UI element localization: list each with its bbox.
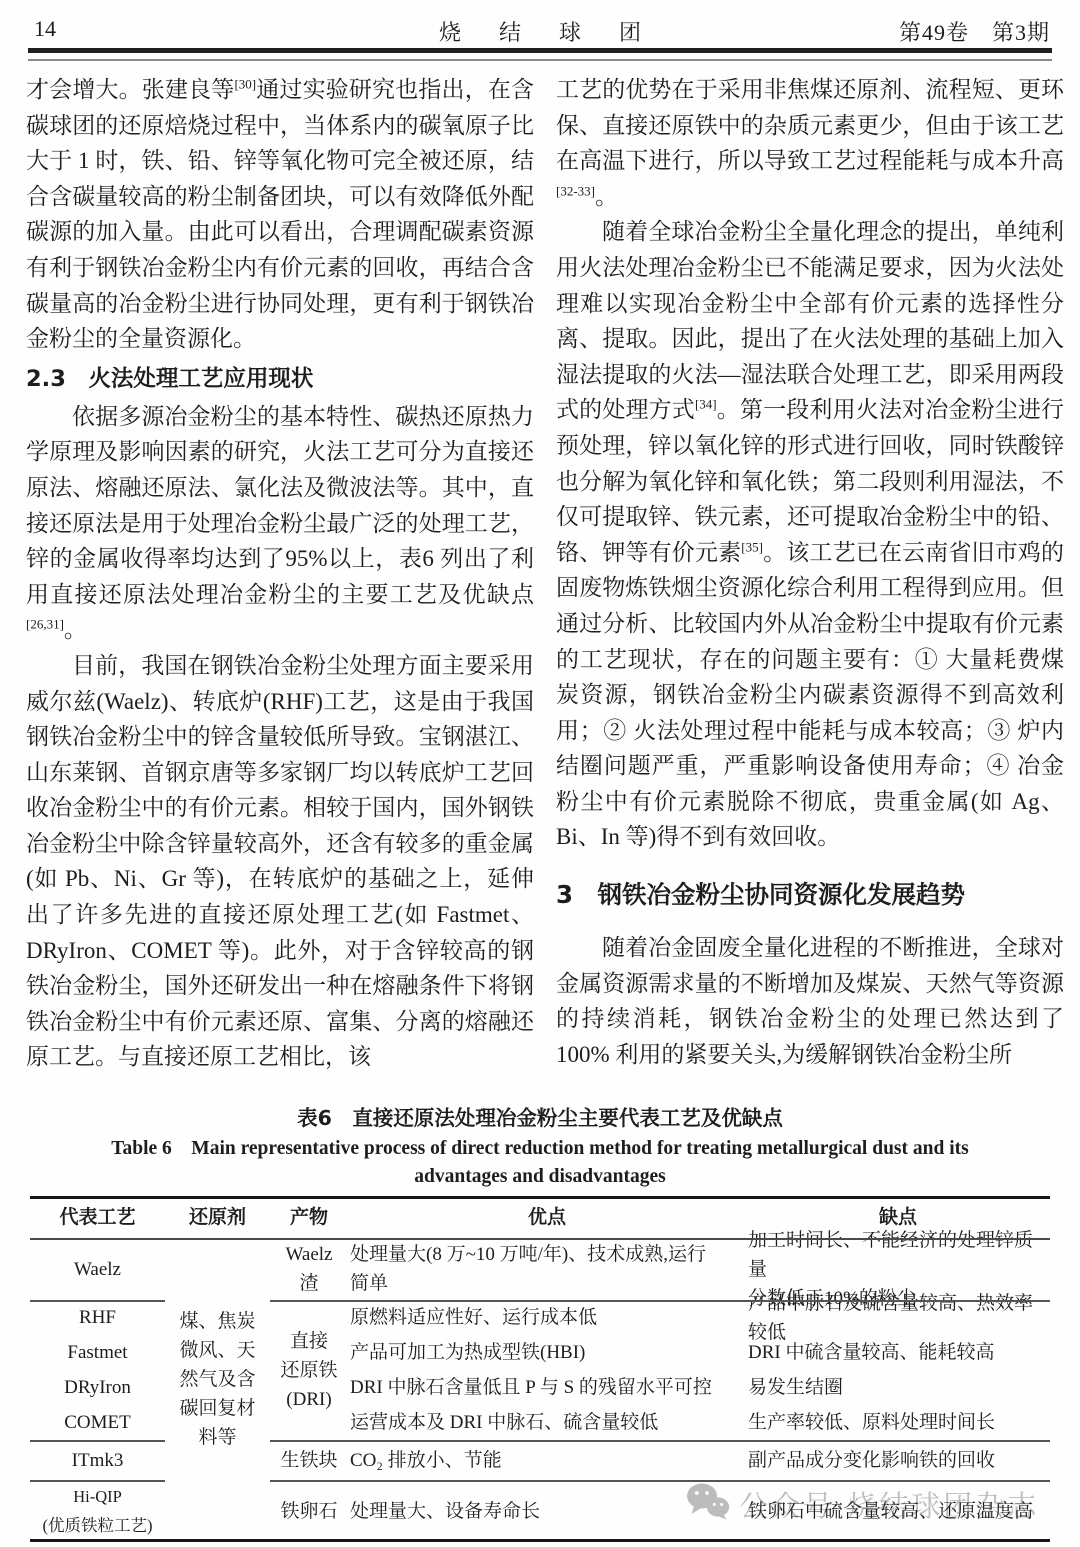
table-rule-top: [30, 1196, 1050, 1199]
paragraph: 随着冶金固废全量化进程的不断推进，全球对金属资源需求量的不断增加及煤炭、天然气等…: [556, 930, 1064, 1072]
section-heading-2-3: 2.3 火法处理工艺应用现状: [26, 361, 534, 397]
cell-product-itmk3: 生铁块: [270, 1440, 348, 1480]
left-column: 才会增大。张建良等[30]通过实验研究也指出，在含碳球团的还原焙烧过程中，当体系…: [26, 72, 534, 1075]
cell-pros-dri-3: DRI 中脉石含量低且 P 与 S 的残留水平可控: [348, 1370, 746, 1405]
cell-product-waelz: Waelz 渣: [270, 1238, 348, 1300]
paragraph: 随着全球冶金粉尘全量化理念的提出，单纯利用火法处理冶金粉尘已不能满足要求，因为火…: [556, 214, 1064, 855]
col-header-pros: 优点: [348, 1196, 746, 1238]
paragraph: 目前，我国在钢铁冶金粉尘处理方面主要采用威尔兹(Waelz)、转底炉(RHF)工…: [26, 648, 534, 1075]
right-column: 工艺的优势在于采用非焦煤还原剂、流程短、更环保、直接还原铁中的杂质元素更少，但由…: [556, 72, 1064, 1072]
cell-product-hiqip: 铁卵石: [270, 1480, 348, 1542]
table-caption-zh: 表6 直接还原法处理冶金粉尘主要代表工艺及优缺点: [0, 1101, 1080, 1131]
cell-cons-itmk3: 副产品成分变化影响铁的回收: [746, 1440, 1050, 1480]
cell-process-fastmet: Fastmet: [30, 1335, 165, 1370]
header-rule-thin: [28, 59, 1052, 61]
cell-process-dryiron: DRyIron: [30, 1370, 165, 1405]
cell-product-dri: 直接 还原铁 (DRI): [270, 1300, 348, 1440]
cell-cons-dri-2: DRI 中硫含量较高、能耗较高: [746, 1335, 1050, 1370]
journal-title: 烧结球团: [401, 16, 679, 47]
paragraph-continuation: 才会增大。张建良等[30]通过实验研究也指出，在含碳球团的还原焙烧过程中，当体系…: [26, 72, 534, 357]
cell-cons-dri-3: 易发生结圈: [746, 1370, 1050, 1405]
page-header: 14 烧结球团 第49卷 第3期: [30, 16, 1050, 46]
table-rule-seg: [30, 1300, 165, 1302]
paragraph-continuation: 工艺的优势在于采用非焦煤还原剂、流程短、更环保、直接还原铁中的杂质元素更少，但由…: [556, 72, 1064, 214]
cell-process-itmk3: ITmk3: [30, 1440, 165, 1480]
table-rule-seg: [30, 1480, 165, 1482]
cell-pros-dri-4: 运营成本及 DRI 中脉石、硫含量较低: [348, 1405, 746, 1440]
page-number: 14: [34, 16, 56, 42]
wechat-icon: [686, 1482, 730, 1527]
issue-info: 第49卷 第3期: [899, 16, 1050, 47]
table-rule-seg: [30, 1440, 165, 1442]
table-6: 公众号·烧结球团杂志 代表工艺 还原剂 产物 优点 缺点 煤、焦炭 微风、天 然…: [30, 1196, 1050, 1542]
table-grid: 代表工艺 还原剂 产物 优点 缺点 煤、焦炭 微风、天 然气及含 碳回复材 料等…: [30, 1196, 1050, 1542]
col-header-reducer: 还原剂: [165, 1196, 270, 1238]
table-rule-seg: [270, 1440, 1050, 1442]
cell-process-rhf: RHF: [30, 1300, 165, 1335]
table-caption-en-line1: Table 6 Main representative process of d…: [0, 1132, 1080, 1160]
col-header-product: 产物: [270, 1196, 348, 1238]
cell-reducer-shared: 煤、焦炭 微风、天 然气及含 碳回复材 料等: [165, 1238, 270, 1542]
cell-cons-hiqip: 铁卵石中硫含量较高、还原温度高: [746, 1480, 1050, 1542]
cell-process-waelz: Waelz: [30, 1238, 165, 1300]
cell-cons-dri-1: 产品中脉石及硫含量较高、热效率较低: [746, 1300, 1050, 1335]
cell-pros-dri-1: 原燃料适应性好、运行成本低: [348, 1300, 746, 1335]
cell-pros-itmk3: CO₂ 排放小、节能: [348, 1440, 746, 1480]
col-header-process: 代表工艺: [30, 1196, 165, 1238]
cell-process-comet: COMET: [30, 1405, 165, 1440]
header-rule-thick: [28, 48, 1052, 53]
cell-process-hiqip: Hi-QIP (优质铁粒工艺): [30, 1480, 165, 1542]
journal-page: 14 烧结球团 第49卷 第3期 才会增大。张建良等[30]通过实验研究也指出，…: [0, 0, 1080, 1547]
cell-cons-dri-4: 生产率较低、原料处理时间长: [746, 1405, 1050, 1440]
table-caption-en-line2: advantages and disadvantages: [0, 1166, 1080, 1188]
section-heading-3: 3 钢铁冶金粉尘协同资源化发展趋势: [556, 876, 1064, 914]
table-rule-seg: [270, 1300, 1050, 1302]
cell-pros-dri-2: 产品可加工为热成型铁(HBI): [348, 1335, 746, 1370]
cell-pros-waelz: 处理量大(8 万~10 万吨/年)、技术成熟,运行 简单: [348, 1238, 746, 1300]
table-rule-header: [30, 1238, 1050, 1240]
paragraph: 依据多源冶金粉尘的基本特性、碳热还原热力学原理及影响因素的研究，火法工艺可分为直…: [26, 399, 534, 648]
